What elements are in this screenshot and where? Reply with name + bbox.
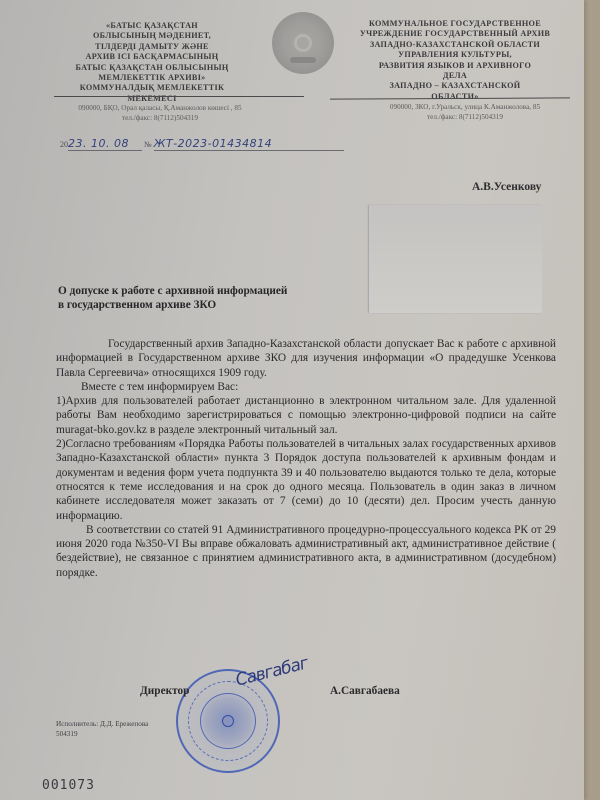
body-paragraph: 1)Архив для пользователей работает диста…	[56, 394, 556, 437]
emblem-ring	[294, 34, 312, 52]
letterhead-line: Батыс Қазақстан облысының	[62, 63, 242, 73]
letterhead-left-org: «Батыс Қазақстан облысының мәдениет, тіл…	[62, 21, 242, 104]
letterhead-line: развития языков и архивного	[355, 61, 555, 71]
phone-line: тел./факс: 8(7112)504319	[60, 114, 260, 124]
redacted-address-patch	[369, 205, 542, 313]
address-line: 090000, БҚО, Орал қаласы, Қ.Аманжолов кө…	[60, 104, 260, 114]
addressee: А.В.Усенкову	[472, 181, 541, 193]
letterhead-line: архив ісі басқармасының	[62, 52, 242, 62]
year-prefix: 20	[60, 140, 68, 149]
letter-page: «Батыс Қазақстан облысының мәдениет, тіл…	[0, 0, 584, 800]
letterhead-line: мемлекеттік архиві»	[62, 73, 242, 83]
letterhead-line: Коммунальное государственное	[355, 19, 555, 29]
body-paragraph: В соответствии со статей 91 Администрати…	[56, 523, 556, 580]
header-divider	[54, 96, 304, 97]
letterhead-line: дела	[355, 71, 555, 81]
letterhead-line: учреждение государственный архив	[355, 29, 555, 39]
letterhead-line: управления культуры,	[355, 50, 555, 60]
executor-name: Исполнитель: Д.Д. Ережепова	[56, 720, 148, 730]
letter-subject: О допуске к работе с архивной информацие…	[58, 284, 288, 312]
letterhead-line: Западно-Казахстанской области	[355, 40, 555, 50]
registration-line: 2023. 10. 08 № ЖТ-2023-01434814	[60, 137, 344, 151]
letterhead-line: облысының мәдениет,	[62, 31, 242, 41]
signer-title: Директор	[140, 685, 189, 697]
executor-phone: 504319	[56, 730, 148, 740]
letterhead-line: «Батыс Қазақстан	[62, 21, 242, 31]
phone-line: тел./факс: 8(7112)504319	[350, 113, 580, 123]
emblem-ribbon	[290, 57, 316, 63]
document-serial-number: 001073	[42, 778, 95, 793]
signer-name: А.Савгабаева	[330, 685, 400, 697]
handwritten-reg-number: ЖТ-2023-01434814	[154, 137, 273, 150]
number-sign: №	[144, 140, 152, 149]
letterhead-line: коммуналдық мемлекеттік	[62, 83, 242, 93]
handwritten-signature: Савгабаг	[234, 653, 310, 690]
address-right: 090000, ЗКО, г.Уральск, улица К.Аманжоло…	[350, 103, 580, 122]
stamp-core	[222, 715, 234, 727]
body-paragraph: 2)Согласно требованиям «Порядка Работы п…	[56, 437, 556, 523]
state-emblem-icon	[272, 12, 334, 74]
executor-info: Исполнитель: Д.Д. Ережепова 504319	[56, 720, 148, 739]
body-paragraph: Государственный архив Западно-Казахстанс…	[56, 337, 556, 380]
handwritten-date: 23. 10. 08	[68, 137, 129, 150]
letterhead-line: Западно – Казахстанской	[355, 81, 555, 91]
body-paragraph: Вместе с тем информируем Вас:	[56, 380, 556, 394]
letter-body: Государственный архив Западно-Казахстанс…	[56, 337, 556, 580]
address-left: 090000, БҚО, Орал қаласы, Қ.Аманжолов кө…	[60, 104, 260, 123]
letterhead-line: тілдерді дамыту және	[62, 42, 242, 52]
official-stamp-icon	[176, 669, 280, 773]
letterhead-right-org: Коммунальное государственное учреждение …	[355, 19, 555, 102]
address-line: 090000, ЗКО, г.Уральск, улица К.Аманжоло…	[350, 103, 580, 113]
